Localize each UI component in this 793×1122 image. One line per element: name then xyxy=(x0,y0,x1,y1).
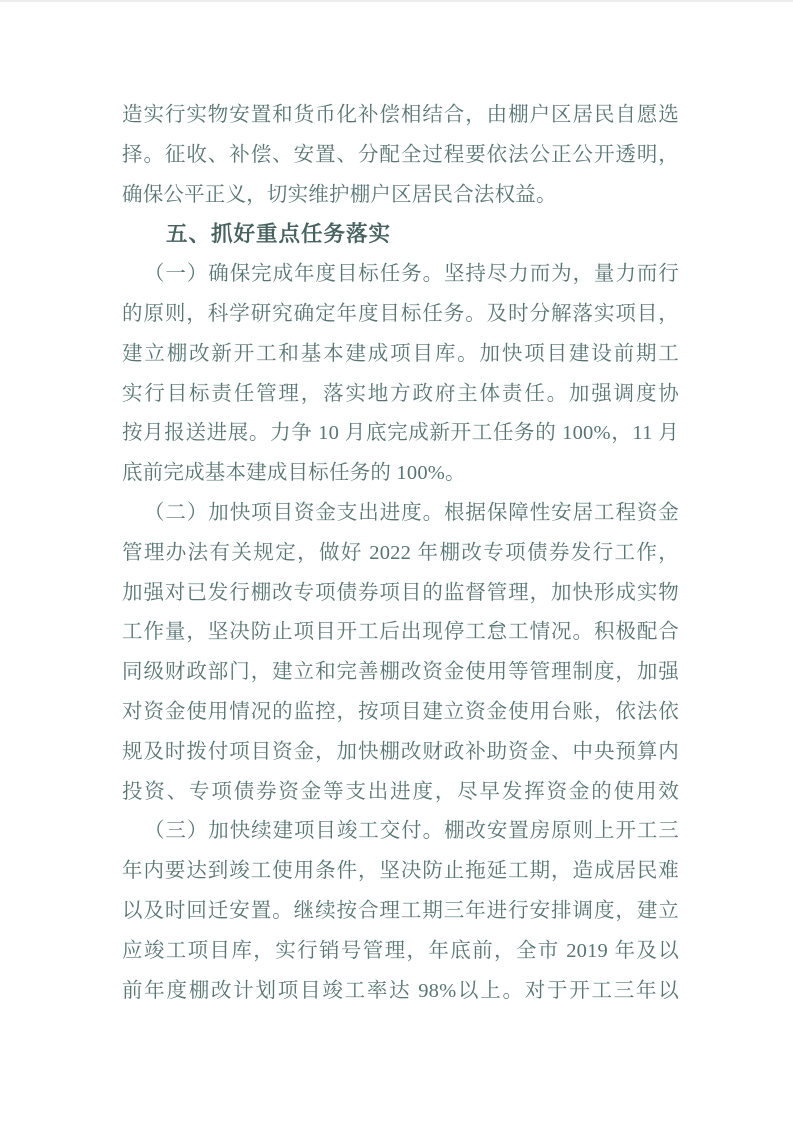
paragraph-first-line: （二）加快项目资金支出进度。根据保障性安居工程资金 xyxy=(122,494,679,534)
body-text-line: 应竣工项目库，实行销号管理，年底前，全市 2019 年及以 xyxy=(122,932,679,972)
document-body: 造实行实物安置和货币化补偿相结合，由棚户区居民自愿选 择。征收、补偿、安置、分配… xyxy=(122,96,679,1011)
body-text-line: 择。征收、补偿、安置、分配全过程要依法公正公开透明， xyxy=(122,136,679,176)
body-text-line: 底前完成基本建成目标任务的 100%。 xyxy=(122,454,679,494)
body-text-line: 造实行实物安置和货币化补偿相结合，由棚户区居民自愿选 xyxy=(122,96,679,136)
body-text-line: 加强对已发行棚改专项债券项目的监督管理，加快形成实物 xyxy=(122,574,679,614)
body-text-line: 工作量，坚决防止项目开工后出现停工怠工情况。积极配合 xyxy=(122,613,679,653)
page-top-edge xyxy=(0,0,793,2)
body-text-line: 建立棚改新开工和基本建成项目库。加快项目建设前期工作。 xyxy=(122,335,679,375)
body-text-line: 同级财政部门，建立和完善棚改资金使用等管理制度，加强 xyxy=(122,653,679,693)
paragraph-first-line: （三）加快续建项目竣工交付。棚改安置房原则上开工三 xyxy=(122,812,679,852)
body-text-line: 的原则，科学研究确定年度目标任务。及时分解落实项目， xyxy=(122,295,679,335)
document-page: 造实行实物安置和货币化补偿相结合，由棚户区居民自愿选 择。征收、补偿、安置、分配… xyxy=(0,0,793,1122)
body-text-line: 管理办法有关规定，做好 2022 年棚改专项债券发行工作， xyxy=(122,534,679,574)
body-text-line: 投资、专项债券资金等支出进度，尽早发挥资金的使用效益。 xyxy=(122,773,679,813)
body-text-line: 规及时拨付项目资金，加快棚改财政补助资金、中央预算内 xyxy=(122,733,679,773)
body-text-line: 确保公平正义，切实维护棚户区居民合法权益。 xyxy=(122,176,679,216)
paragraph-first-line: （一）确保完成年度目标任务。坚持尽力而为，量力而行 xyxy=(122,255,679,295)
body-text-line: 以及时回迁安置。继续按合理工期三年进行安排调度，建立 xyxy=(122,892,679,932)
body-text-line: 按月报送进展。力争 10 月底完成新开工任务的 100%，11 月 xyxy=(122,414,679,454)
body-text-line: 年内要达到竣工使用条件，坚决防止拖延工期，造成居民难 xyxy=(122,852,679,892)
body-text-line: 前年度棚改计划项目竣工率达 98%以上。对于开工三年以上， xyxy=(122,972,679,1012)
body-text-line: 实行目标责任管理，落实地方政府主体责任。加强调度协调， xyxy=(122,375,679,415)
body-text-line: 对资金使用情况的监控，按项目建立资金使用台账，依法依 xyxy=(122,693,679,733)
section-heading: 五、抓好重点任务落实 xyxy=(122,215,679,255)
